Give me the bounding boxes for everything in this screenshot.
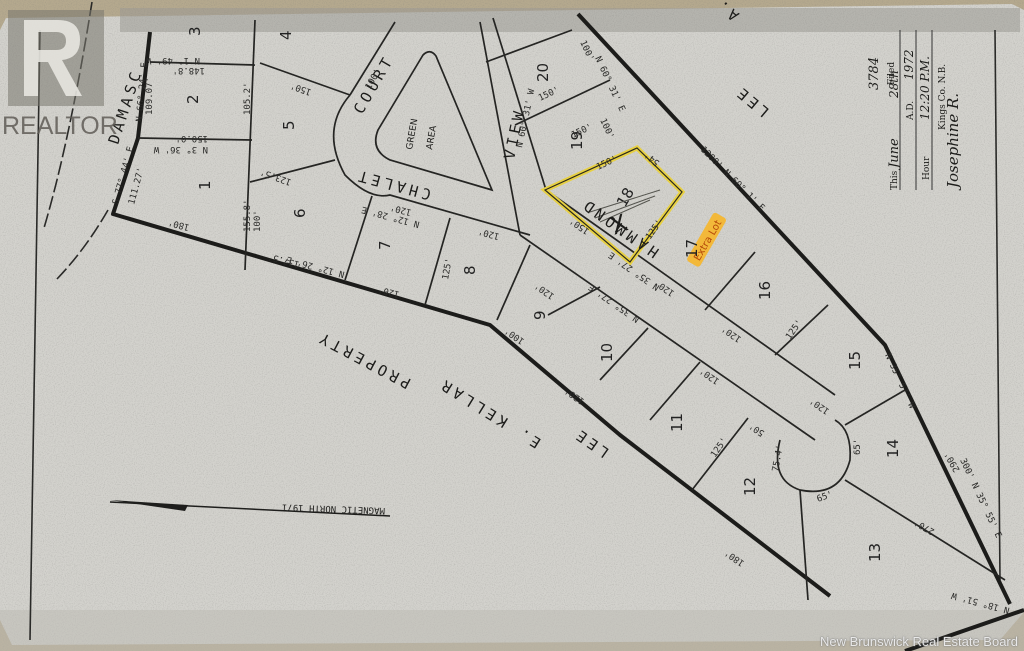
- svg-text:N 1° 49' W: N 1° 49' W: [145, 55, 200, 65]
- svg-text:15: 15: [846, 351, 864, 370]
- svg-text:12:20 P.M.: 12:20 P.M.: [918, 56, 932, 120]
- svg-text:9: 9: [531, 310, 549, 320]
- svg-text:4: 4: [277, 30, 295, 40]
- registrar-signature: Josephine R.: [944, 93, 962, 191]
- svg-text:June: June: [887, 138, 902, 171]
- svg-text:13: 13: [866, 543, 884, 562]
- svg-text:148.8': 148.8': [172, 65, 205, 75]
- svg-text:5: 5: [280, 120, 298, 130]
- svg-text:12: 12: [741, 477, 759, 496]
- svg-text:105.2': 105.2': [243, 82, 253, 115]
- svg-text:N 3° 36' W: N 3° 36' W: [153, 144, 208, 154]
- svg-text:17: 17: [683, 239, 701, 258]
- svg-text:155.8': 155.8': [243, 199, 253, 232]
- svg-text:11: 11: [668, 413, 686, 432]
- survey-plan: Extra Lot 1 2 3 4 5 6 7 8 9 10 11 12 13 …: [0, 0, 1024, 651]
- svg-text:1: 1: [196, 180, 214, 190]
- svg-text:14: 14: [884, 439, 902, 458]
- svg-text:3: 3: [186, 26, 204, 36]
- svg-text:10: 10: [598, 343, 616, 362]
- svg-text:2: 2: [184, 94, 202, 104]
- svg-text:8: 8: [461, 265, 479, 275]
- realtor-r-icon: [22, 18, 84, 98]
- svg-text:100': 100': [253, 210, 263, 232]
- svg-text:A.D.: A.D.: [906, 101, 916, 121]
- svg-text:20: 20: [534, 63, 552, 82]
- survey-plan-photo: Extra Lot 1 2 3 4 5 6 7 8 9 10 11 12 13 …: [0, 0, 1024, 651]
- document-number: 3784: [867, 57, 882, 90]
- svg-text:This: This: [890, 170, 900, 190]
- svg-text:16: 16: [756, 281, 774, 300]
- svg-text:65': 65': [853, 439, 863, 455]
- svg-text:7: 7: [376, 240, 394, 250]
- svg-text:Hour: Hour: [922, 156, 932, 180]
- svg-text:150.0': 150.0': [175, 133, 208, 143]
- board-watermark: New Brunswick Real Estate Board: [820, 634, 1018, 649]
- realtor-logo: REALTOR: [0, 4, 122, 144]
- svg-text:28th: 28th: [887, 70, 901, 99]
- svg-text:6: 6: [291, 208, 309, 218]
- svg-text:1972: 1972: [902, 49, 916, 80]
- realtor-wordmark: REALTOR: [2, 112, 118, 141]
